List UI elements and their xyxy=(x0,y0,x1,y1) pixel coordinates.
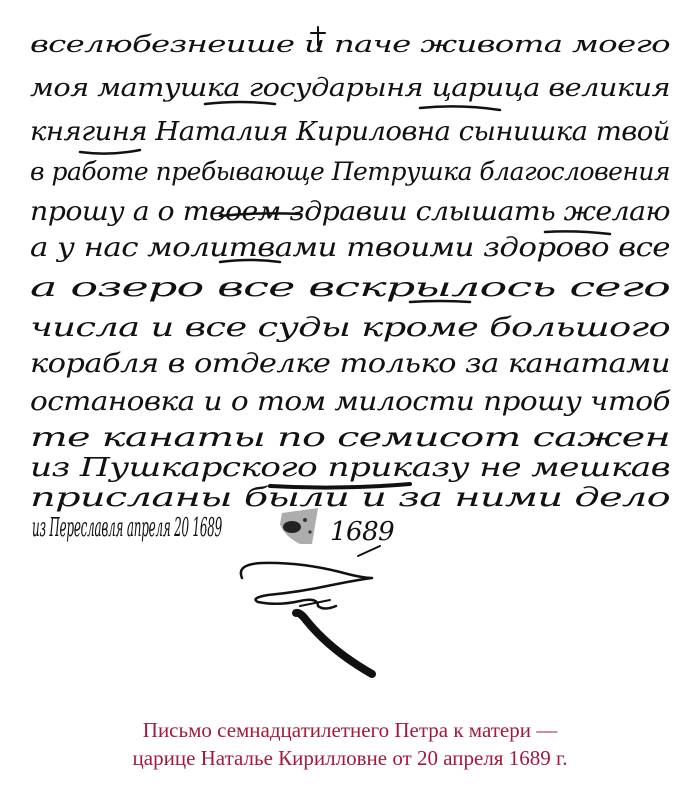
seal-stamp xyxy=(280,508,318,544)
manuscript-line-12: из Пушкарского приказу не мешкав xyxy=(30,453,670,483)
date-mark: 1689 xyxy=(330,517,394,547)
manuscript-line-8: числа и все суды кроме большого xyxy=(30,313,670,343)
date-underline xyxy=(358,546,380,556)
signature-flourish xyxy=(241,563,372,674)
manuscript-line-3: княгиня Наталия Кириловна сынишка твой xyxy=(30,117,670,147)
caption-line-2: царице Наталье Кирилловне от 20 апреля 1… xyxy=(0,744,700,772)
figure-caption: Письмо семнадцатилетнего Петра к матери … xyxy=(0,716,700,772)
caption-line-1: Письмо семнадцатилетнего Петра к матери … xyxy=(0,716,700,744)
manuscript-line-10: остановка и о том милости прошу чтоб xyxy=(30,387,671,417)
manuscript-line-1: вселюбезнеише и паче живота моего xyxy=(30,32,670,58)
manuscript-text: вселюбезнеише и паче живота моего моя ма… xyxy=(30,32,671,513)
manuscript-line-9: корабля в отделке только за канатами xyxy=(30,349,670,379)
manuscript-line-7: а озеро все вскрылось сего xyxy=(30,273,670,303)
manuscript-line-2: моя матушка государыня царица великия xyxy=(30,73,670,102)
manuscript-line-5: прошу а о твоем здравии слышать желаю xyxy=(30,197,670,227)
manuscript-line-date: из Переславля апреля 20 1689 xyxy=(32,513,222,543)
manuscript-line-4: в работе пребывающе Петрушка благословен… xyxy=(30,157,670,186)
handwritten-letter-scan: вселюбезнеише и паче живота моего моя ма… xyxy=(0,0,700,700)
manuscript-line-6: а у нас молитвами твоими здорово все xyxy=(30,233,670,263)
manuscript-line-11: те канаты по семисот сажен xyxy=(30,423,670,453)
